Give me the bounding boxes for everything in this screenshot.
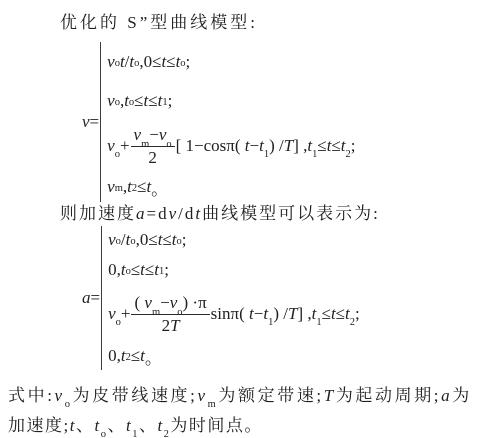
fraction-prefix: vo+	[108, 304, 130, 324]
velocity-piecewise-equation: v= vot/to,0≤t≤to; vo,to≤t≤t1; vo+ vm−vo …	[82, 42, 356, 202]
piecewise-bracket-v: vot/to,0≤t≤to; vo,to≤t≤t1; vo+ vm−vo 2 […	[100, 42, 355, 202]
equation-lhs-a: a=	[82, 288, 100, 308]
fraction-numerator: ( vm−vo) ·π	[131, 293, 209, 314]
fraction-denominator: 2	[148, 147, 157, 167]
acceleration-equation-row-2: 0,to≤t≤t1;	[108, 254, 360, 286]
fraction-suffix: [ 1−cosπ( t−t1) /T] ,t1≤t≤t2;	[176, 136, 356, 156]
acceleration-equation-row-1: vo/to,0≤t≤to;	[108, 226, 360, 254]
piecewise-bracket-a: vo/to,0≤t≤to; 0,to≤t≤t1; vo+ ( vm−vo) ·π…	[101, 226, 360, 370]
acceleration-piecewise-equation: a= vo/to,0≤t≤to; 0,to≤t≤t1; vo+ ( vm−vo)…	[82, 226, 360, 370]
fraction-suffix: sinπ( t−t1) /T] ,t1≤t≤t2;	[211, 304, 360, 324]
velocity-equation-row-1: vot/to,0≤t≤to;	[107, 42, 355, 82]
equation-lhs-v: v=	[82, 112, 99, 132]
symbol-legend-line-1: 式中:vo为皮带线速度;vm为额定带速;T为起动周期;a为	[8, 381, 472, 406]
symbol-legend-line-2: 加速度;t、to、t1、t2为时间点。	[8, 411, 263, 436]
acceleration-intro-text: 则加速度a=dv/dt曲线模型可以表示为:	[60, 199, 380, 224]
fraction: ( vm−vo) ·π 2T	[131, 293, 209, 334]
document-page: 优化的 S”型曲线模型: v= vot/to,0≤t≤to; vo,to≤t≤t…	[0, 0, 496, 438]
acceleration-equation-row-4: 0,t2≤t。	[108, 342, 360, 370]
fraction-numerator: vm−vo	[131, 125, 175, 146]
fraction: vm−vo 2	[131, 125, 175, 166]
velocity-equation-row-2: vo,to≤t≤t1;	[107, 82, 355, 120]
velocity-equation-row-3: vo+ vm−vo 2 [ 1−cosπ( t−t1) /T] ,t1≤t≤t2…	[107, 120, 355, 172]
fraction-prefix: vo+	[107, 136, 129, 156]
section-title: 优化的 S”型曲线模型:	[60, 8, 258, 33]
acceleration-equation-row-3: vo+ ( vm−vo) ·π 2T sinπ( t−t1) /T] ,t1≤t…	[108, 286, 360, 342]
velocity-equation-row-4: vm,t2≤t。	[107, 172, 355, 202]
